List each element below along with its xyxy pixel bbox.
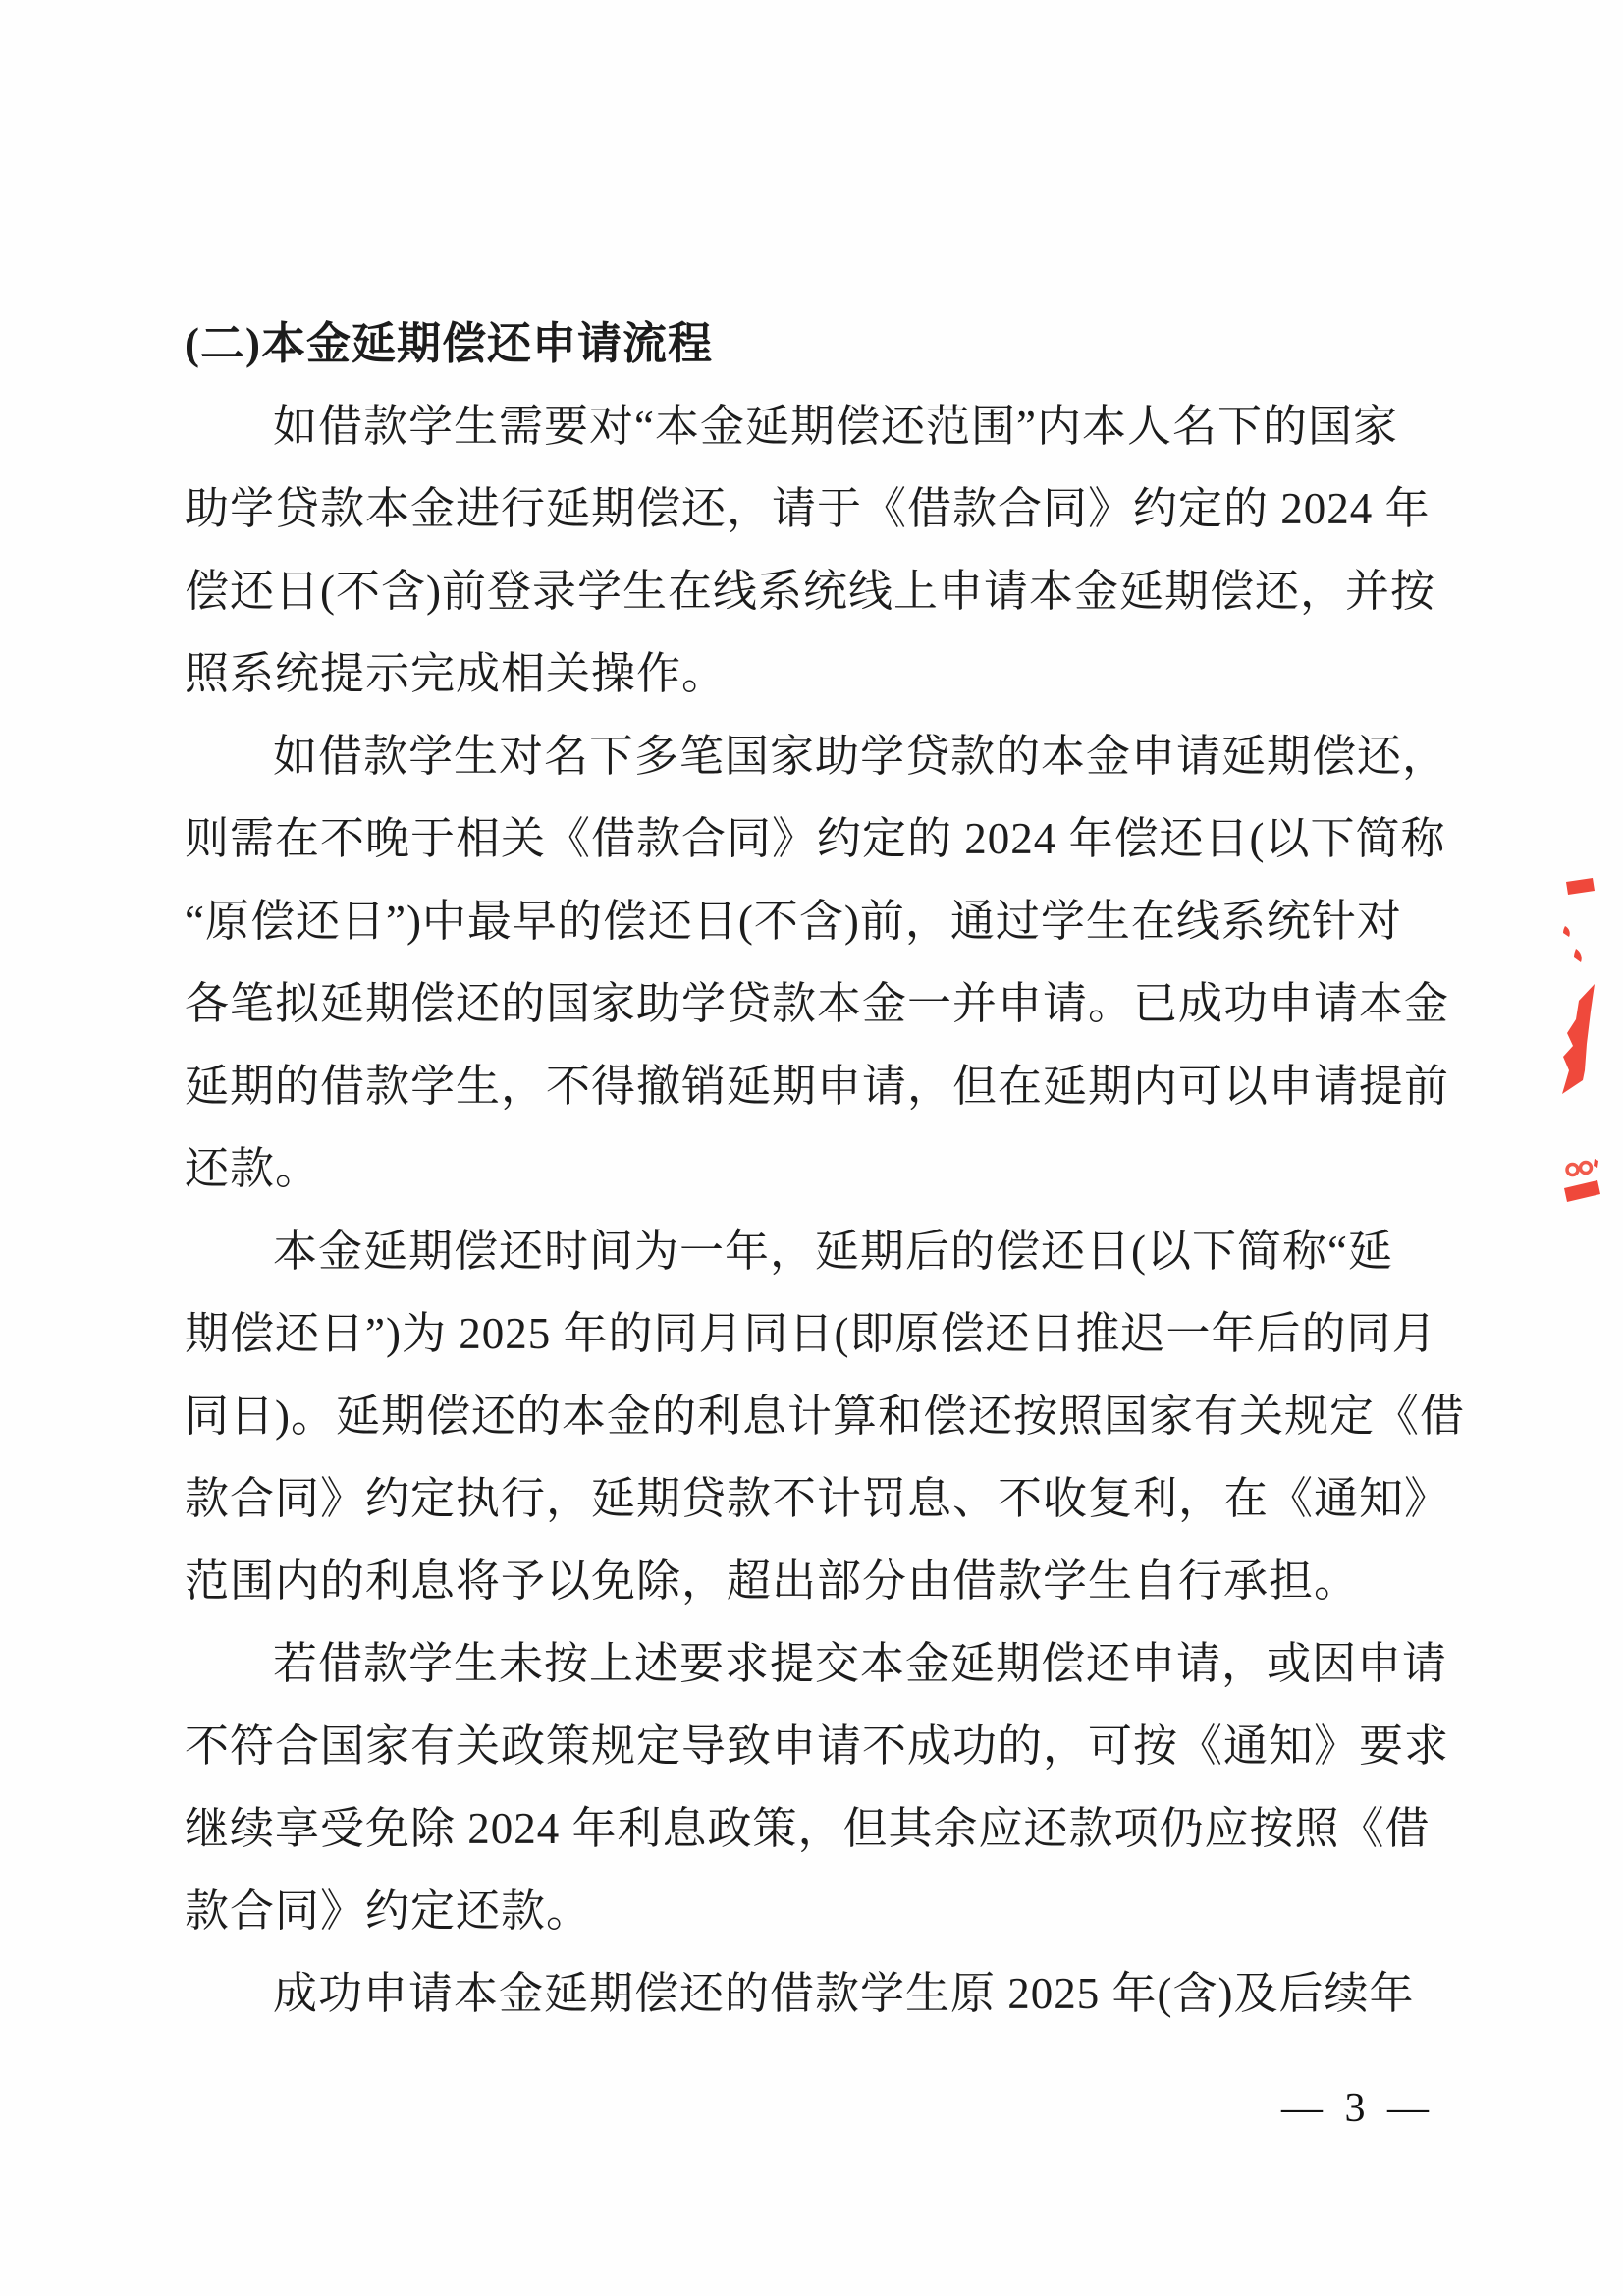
- text-line: 如借款学生对名下多笔国家助学贷款的本金申请延期偿还，: [185, 715, 1382, 797]
- text-line: 助学贷款本金进行延期偿还，请于《借款合同》约定的 2024 年: [185, 467, 1382, 550]
- text-line: 期偿还日”)为 2025 年的同月同日(即原偿还日推迟一年后的同月: [185, 1292, 1382, 1375]
- document-body: (二)本金延期偿还申请流程 如借款学生需要对“本金延期偿还范围”内本人名下的国家…: [185, 302, 1382, 2035]
- text-line: 本金延期偿还时间为一年，延期后的偿还日(以下简称“延: [185, 1210, 1382, 1292]
- text-line: 偿还日(不含)前登录学生在线系统线上申请本金延期偿还，并按: [185, 550, 1382, 632]
- text-line: “原偿还日”)中最早的偿还日(不含)前，通过学生在线系统针对: [185, 880, 1382, 962]
- document-page: (二)本金延期偿还申请流程 如借款学生需要对“本金延期偿还范围”内本人名下的国家…: [0, 0, 1623, 2296]
- page-number: — 3 —: [1281, 2084, 1434, 2133]
- text-line: 不符合国家有关政策规定导致申请不成功的，可按《通知》要求: [185, 1705, 1382, 1787]
- section-heading: (二)本金延期偿还申请流程: [185, 302, 1382, 385]
- seal-bar-bottom: [1564, 1180, 1600, 1202]
- seal-wedge: [1562, 984, 1595, 1094]
- seal-dot-1: [1563, 926, 1570, 937]
- text-line: 继续享受免除 2024 年利息政策，但其余应还款项仍应按照《借: [185, 1787, 1382, 1870]
- text-line: 款合同》约定还款。: [185, 1870, 1382, 1952]
- text-line: 成功申请本金延期偿还的借款学生原 2025 年(含)及后续年: [185, 1952, 1382, 2035]
- seal-bar-top: [1566, 878, 1595, 895]
- text-line: 若借款学生未按上述要求提交本金延期偿还申请，或因申请: [185, 1622, 1382, 1705]
- text-line: 如借款学生需要对“本金延期偿还范围”内本人名下的国家: [185, 385, 1382, 467]
- text-line: 则需在不晚于相关《借款合同》约定的 2024 年偿还日(以下简称: [185, 797, 1382, 880]
- text-line: 各笔拟延期偿还的国家助学贷款本金一并申请。已成功申请本金: [185, 962, 1382, 1045]
- text-line: 同日)。延期偿还的本金的利息计算和偿还按照国家有关规定《借: [185, 1375, 1382, 1457]
- text-line: 还款。: [185, 1127, 1382, 1210]
- seal-dot-2: [1574, 949, 1582, 962]
- text-line: 范围内的利息将予以免除，超出部分由借款学生自行承担。: [185, 1540, 1382, 1622]
- text-line: 延期的借款学生，不得撤销延期申请，但在延期内可以申请提前: [185, 1045, 1382, 1127]
- red-seal-fragment: [1549, 869, 1623, 1213]
- text-line: 照系统提示完成相关操作。: [185, 632, 1382, 715]
- seal-ring-1: [1567, 1165, 1578, 1175]
- text-line: 款合同》约定执行，延期贷款不计罚息、不收复利，在《通知》: [185, 1457, 1382, 1540]
- seal-ring-2: [1581, 1163, 1592, 1174]
- seal-tick: [1594, 1159, 1598, 1168]
